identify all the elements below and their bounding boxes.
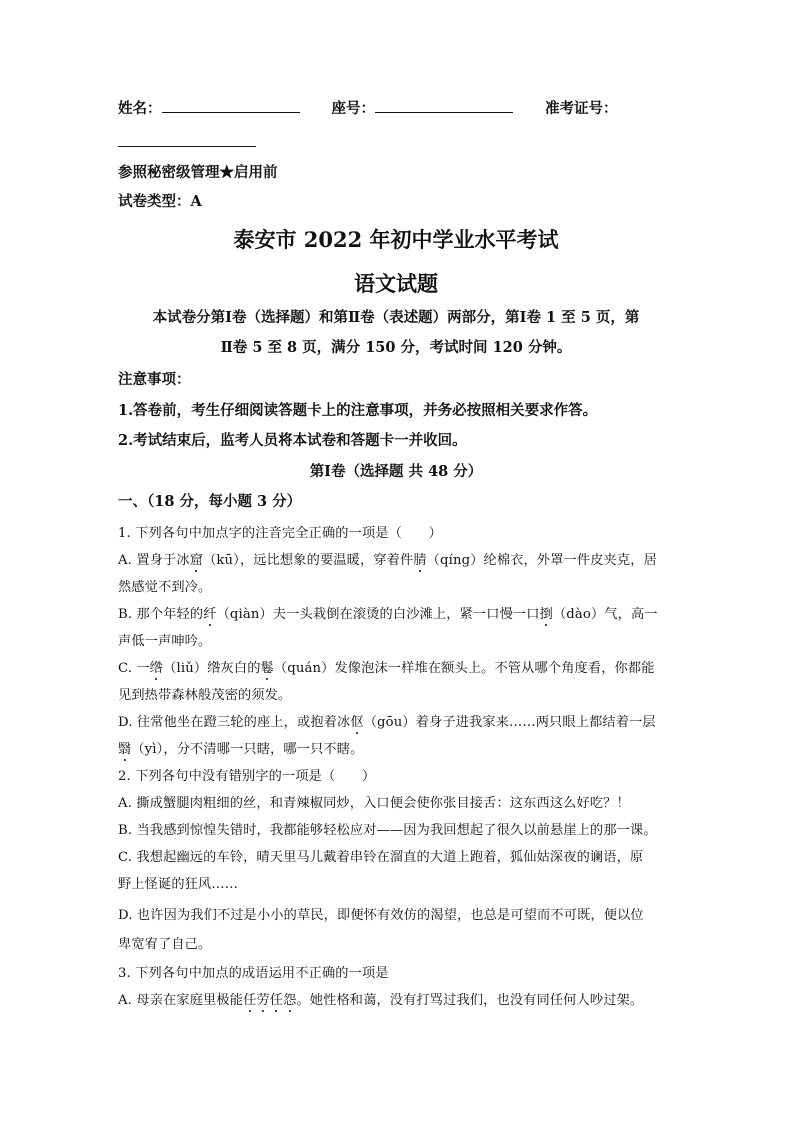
question-2-stem: 2. 下列各句中没有错别字的一项是（ ） <box>118 765 375 784</box>
dotted-char: 翳 <box>118 738 131 757</box>
dotted-char: 窟 <box>190 549 203 568</box>
seat-blank[interactable] <box>375 98 513 113</box>
confidential-notice: 参照秘密级管理★启用前 <box>118 161 278 182</box>
q2-option-d-line2: 卑宽宥了自己。 <box>118 933 211 952</box>
q1-option-d-line1: D. 往常他坐在蹬三轮的座上，或抱着冰伛（gōu）着身子进我家来……两只眼上都结… <box>118 711 656 730</box>
q1-option-b-line1: B. 那个年轻的纤（qiàn）夫一头栽倒在滚烫的白沙滩上，紧一口慢一口捯（dào… <box>118 603 658 622</box>
dotted-char: 任 <box>243 989 256 1008</box>
paper-type: 试卷类型：A <box>118 190 202 211</box>
notes-heading: 注意事项： <box>118 368 191 389</box>
q1-option-c-line2: 见到热带森林般茂密的须发。 <box>118 684 291 703</box>
name-blank[interactable] <box>162 98 300 113</box>
exam-id-blank-row <box>118 132 256 151</box>
q1-option-a-line2: 然感觉不到冷。 <box>118 576 211 595</box>
note-item-1: 1.答卷前，考生仔细阅读答题卡上的注意事项，并务必按照相关要求作答。 <box>118 399 597 420</box>
dotted-char: 绺 <box>150 657 163 676</box>
exam-id-label: 准考证号： <box>545 100 618 117</box>
seat-label: 座号： <box>332 100 376 117</box>
q2-option-d-line1: D. 也许因为我们不过是小小的草民，即便怀有效仿的渴望，也总是可望而不可既，便以… <box>118 904 644 923</box>
subject-title: 语文试题 <box>118 268 674 298</box>
part-heading: 一、（18 分，每小题 3 分） <box>118 490 301 511</box>
q2-option-c-line1: C. 我想起幽远的车铃，晴天里马儿戴着串铃在溜直的大道上跑着，狐仙姑深夜的谰语，… <box>118 846 643 865</box>
q1-option-b-line2: 声低一声呻吟。 <box>118 630 211 649</box>
exam-title: 泰安市 2022 年初中学业水平考试 <box>118 224 674 254</box>
q3-option-a: A. 母亲在家庭里极能任劳任怨。她性格和蔼，没有打骂过我们，也没有同任何人吵过架… <box>118 989 643 1008</box>
section-title: 第Ⅰ卷（选择题 共 48 分） <box>118 460 674 481</box>
dotted-char: 任 <box>270 989 283 1008</box>
question-1-stem: 1. 下列各句中加点字的注音完全正确的一项是（ ） <box>118 522 442 541</box>
dotted-char: 怨 <box>283 989 296 1008</box>
intro-line-2: Ⅱ卷 5 至 8 页，满分 150 分，考试时间 120 分钟。 <box>118 336 674 357</box>
q1-option-d-line2: 翳（yì），分不清哪一只瞎，哪一只不瞎。 <box>118 738 363 757</box>
q2-option-a: A. 撕成蟹腿肉粗细的丝，和青辣椒同炒，入口便会使你张目接舌：这东西这么好吃？！ <box>118 792 630 811</box>
dotted-char: 劳 <box>256 989 269 1008</box>
note-item-2: 2.考试结束后，监考人员将本试卷和答题卡一并收回。 <box>118 429 467 450</box>
q2-option-c-line2: 野上怪诞的狂风…… <box>118 873 238 892</box>
dotted-char: 伛 <box>350 711 363 730</box>
intro-line-1: 本试卷分第Ⅰ卷（选择题）和第Ⅱ卷（表述题）两部分，第Ⅰ卷 1 至 5 页，第 <box>118 306 674 327</box>
dotted-char: 捯 <box>540 603 553 622</box>
dotted-char: 腈 <box>413 549 426 568</box>
q2-option-b: B. 当我感到惊惶失错时，我都能够轻松应对——因为我回想起了很久以前悬崖上的那一… <box>118 819 657 838</box>
question-3-stem: 3. 下列各句中加点的成语运用不正确的一项是 <box>118 962 389 981</box>
exam-id-blank[interactable] <box>118 132 256 147</box>
q1-option-a-line1: A. 置身于冰窟（kū），远比想象的要温暖，穿着件腈（qíng）纶棉衣，外罩一件… <box>118 549 657 568</box>
dotted-char: 纤 <box>203 603 216 622</box>
candidate-info-row: 姓名：座号：准考证号： <box>118 97 618 118</box>
q1-option-c-line1: C. 一绺（liǔ）绺灰白的鬈（quán）发像泡沫一样堆在额头上。不管从哪个角度… <box>118 657 655 676</box>
dotted-char: 鬈 <box>261 657 274 676</box>
name-label: 姓名： <box>118 100 162 117</box>
